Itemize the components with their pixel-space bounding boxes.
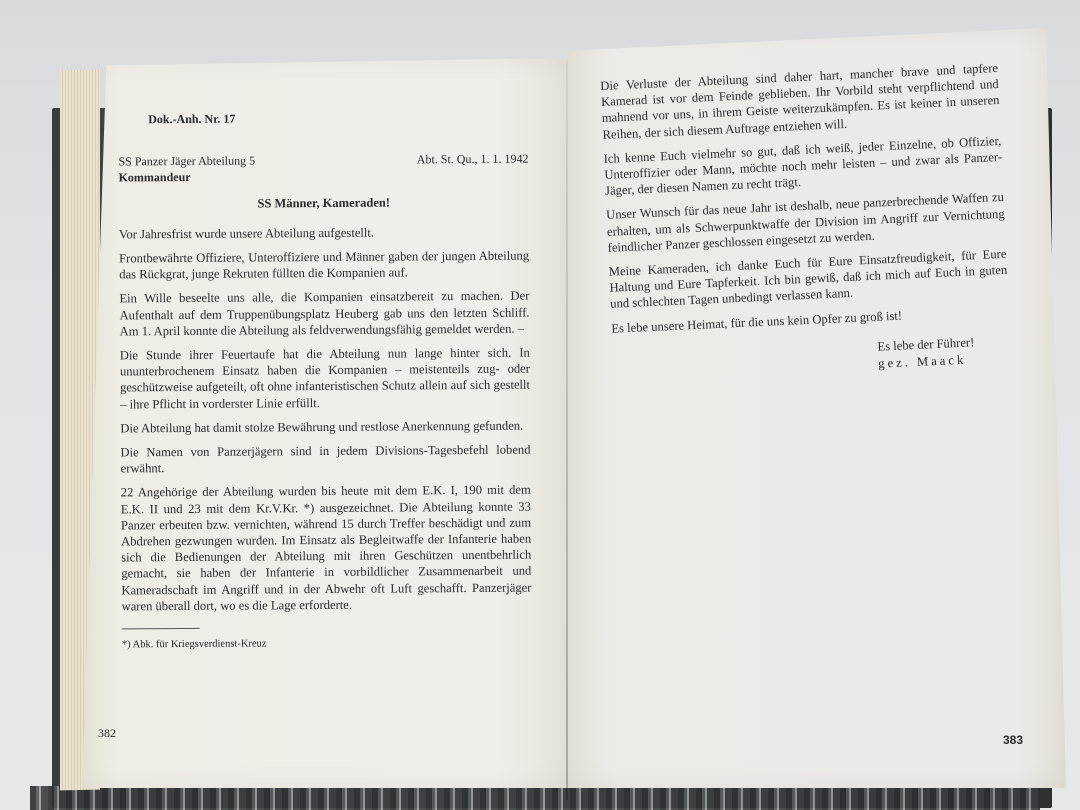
paragraph: Meine Kameraden, ich danke Euch für Eure… <box>608 246 1008 313</box>
paragraph: Ich kenne Euch vielmehr so gut, daß ich … <box>603 133 1003 200</box>
salutation: SS Männer, Kameraden! <box>119 193 529 212</box>
paragraph: Die Namen von Panzerjägern sind in jedem… <box>120 442 530 477</box>
page-number-left: 382 <box>98 726 116 741</box>
sender-role: Kommandeur <box>119 167 529 186</box>
paragraph: Ein Wille beseelte uns alle, die Kompani… <box>119 288 529 339</box>
document-reference: Dok.-Anh. Nr. 17 <box>148 109 528 128</box>
footnote: *) Abk. für Kriegsverdienst-Kreuz <box>122 635 532 654</box>
left-page-text: Dok.-Anh. Nr. 17 SS Panzer Jäger Abteilu… <box>118 109 532 654</box>
book-gutter <box>566 60 568 800</box>
paragraph: Frontbewährte Offiziere, Unteroffiziere … <box>119 248 529 283</box>
closing-block: Es lebe der Führer! gez. Maack <box>877 333 1011 373</box>
paragraph: 22 Angehörige der Abteilung wurden bis h… <box>121 482 532 614</box>
paragraph: Die Stunde ihrer Feuertaufe hat die Abte… <box>120 345 530 413</box>
paragraph: Vor Jahresfrist wurde unsere Abteilung a… <box>119 223 529 242</box>
footnote-rule <box>122 628 200 630</box>
location-date: Abt. St. Qu., 1. 1. 1942 <box>417 151 529 168</box>
book-binding-edge <box>30 786 1040 810</box>
page-number-right: 383 <box>1003 733 1023 747</box>
paragraph: Unser Wunsch für das neue Jahr ist desha… <box>606 189 1006 256</box>
paragraph: Die Abteilung hat damit stolze Bewährung… <box>120 417 530 436</box>
letter-header: SS Panzer Jäger Abteilung 5 Abt. St. Qu.… <box>118 151 528 170</box>
unit-name: SS Panzer Jäger Abteilung 5 <box>118 153 255 170</box>
right-page-text: Die Verluste der Abteilung sind daher ha… <box>600 60 1012 385</box>
